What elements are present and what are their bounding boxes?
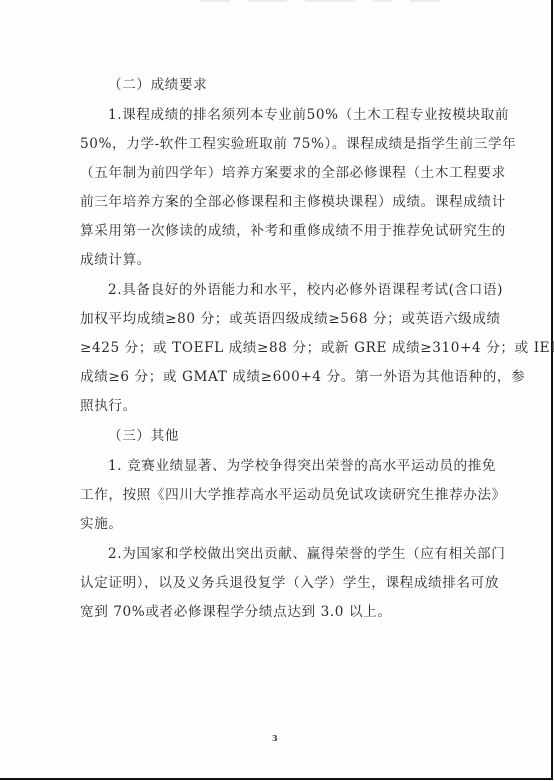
document-page: （二）成绩要求 1.课程成绩的排名须列本专业前50%（土木工程专业按模块取前 5… xyxy=(0,0,553,780)
paragraph-line: 宽到 70%或者必修课程学分绩点达到 3.0 以上。 xyxy=(80,604,392,620)
paragraph-line: （五年制为前四学年）培养方案要求的全部必修课程（土木工程要求 xyxy=(80,165,506,181)
paragraph-line: ≥425 分；或 TOEFL 成绩≥88 分；或新 GRE 成绩≥310+4 分… xyxy=(80,340,554,356)
paragraph-line: 认定证明），以及义务兵退役复学（入学）学生，课程成绩排名可放 xyxy=(80,575,499,591)
previous-page-text-remnant xyxy=(200,0,440,3)
paragraph-line: 加权平均成绩≥80 分；或英语四级成绩≥568 分；或英语六级成绩 xyxy=(80,311,501,327)
section-heading-grade-requirements: （二）成绩要求 xyxy=(108,77,207,93)
paragraph-line: 算采用第一次修读的成绩，补考和重修成绩不用于推荐免试研究生的 xyxy=(80,223,506,239)
paragraph-line: 2.具备良好的外语能力和水平，校内必修外语课程考试(含口语) xyxy=(108,282,503,298)
paragraph-line: 2.为国家和学校做出突出贡献、赢得荣誉的学生（应有相关部门 xyxy=(108,546,505,562)
paragraph-line: 50%，力学-软件工程实验班取前 75%）。课程成绩是指学生前三学年 xyxy=(80,136,516,152)
paragraph-line: 成绩≥6 分；或 GMAT 成绩≥600+4 分。第一外语为其他语种的，参 xyxy=(80,369,525,385)
paragraph-line: 实施。 xyxy=(80,516,123,532)
paragraph-line: 成绩计算。 xyxy=(80,252,151,268)
paragraph-line: 前三年培养方案的全部必修课程和主修模块课程）成绩。课程成绩计 xyxy=(80,194,506,210)
section-heading-other: （三）其他 xyxy=(108,428,179,444)
paragraph-line: 照执行。 xyxy=(80,398,137,414)
page-number: 3 xyxy=(272,733,278,743)
paragraph-line: 1. 竞赛业绩显著、为学校争得突出荣誉的高水平运动员的推免 xyxy=(108,458,496,474)
paragraph-line: 工作，按照《四川大学推荐高水平运动员免试攻读研究生推荐办法》 xyxy=(80,487,506,503)
paragraph-line: 1.课程成绩的排名须列本专业前50%（土木工程专业按模块取前 xyxy=(108,107,509,123)
